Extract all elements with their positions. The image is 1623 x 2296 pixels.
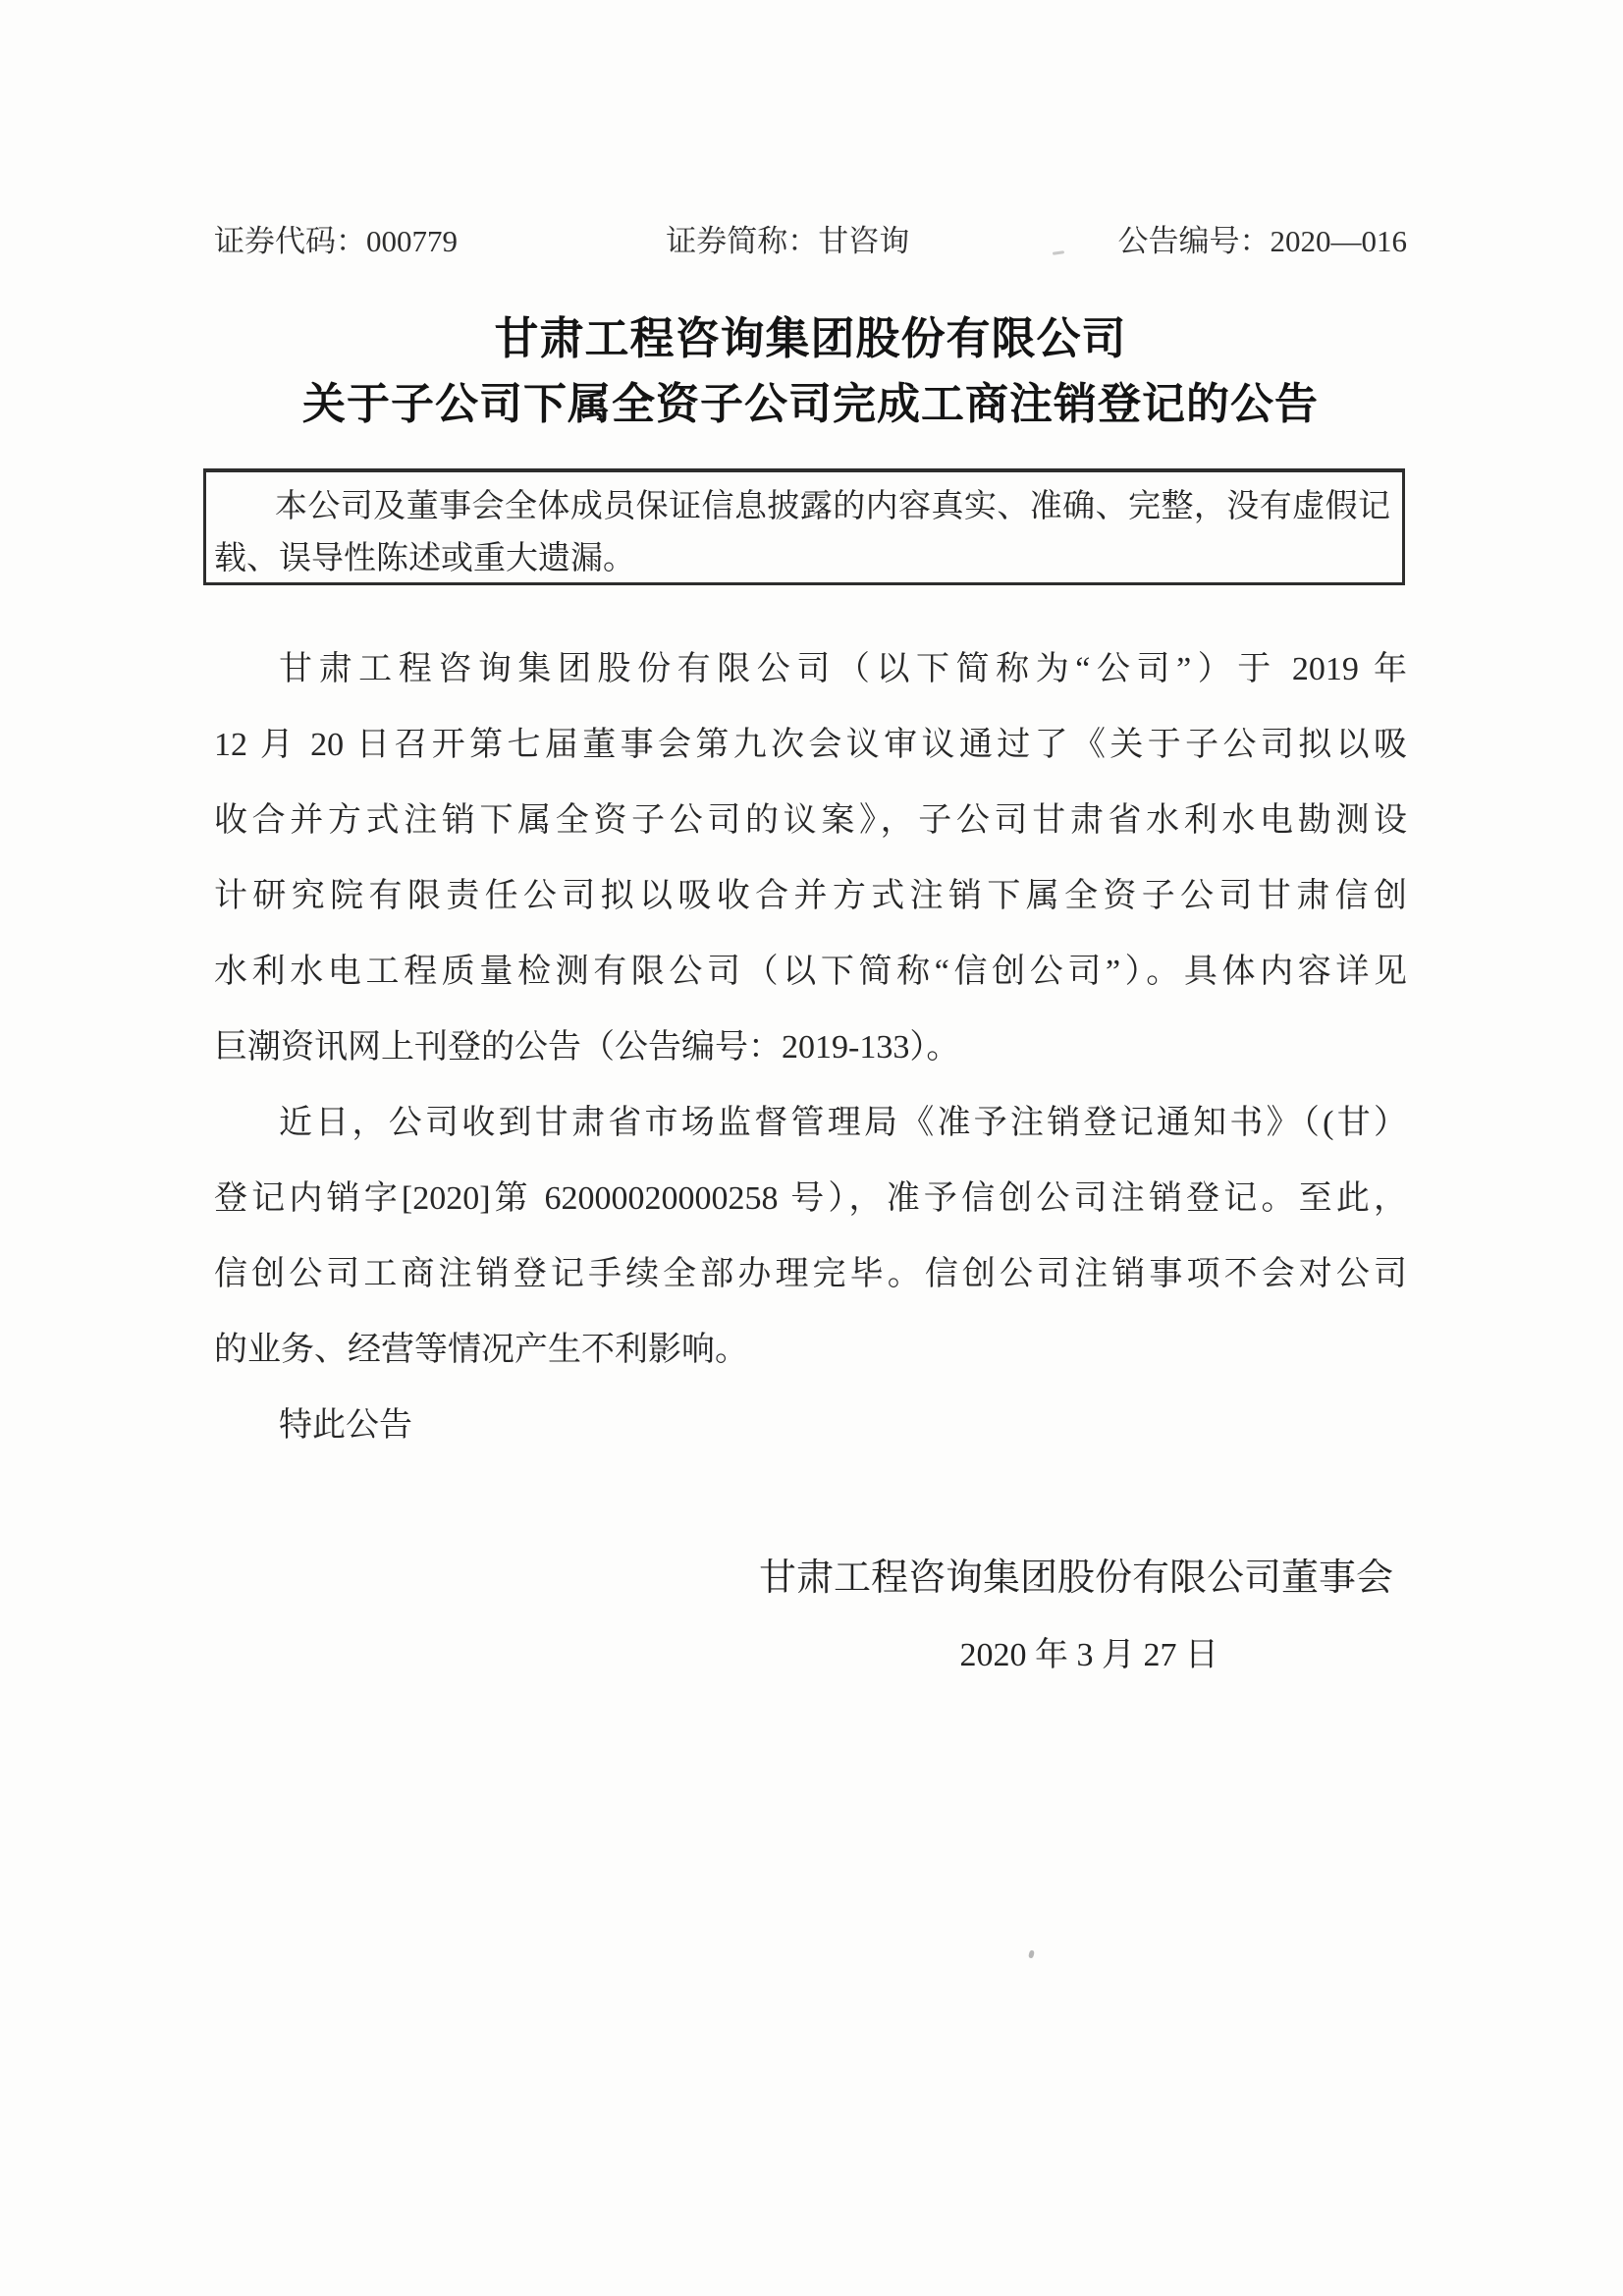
document-body: 甘肃工程咨询集团股份有限公司（以下简称为“公司”）于 2019 年 12 月 2… <box>214 631 1407 1463</box>
document-header-row: 证券代码：000779 证券简称：甘咨询 公告编号：2020—016 <box>214 224 1407 259</box>
body-line: 信创公司工商注销登记手续全部办理完毕。信创公司注销事项不会对公司 <box>214 1236 1407 1312</box>
announcement-document-page: 证券代码：000779 证券简称：甘咨询 公告编号：2020—016 甘肃工程咨… <box>0 0 1623 2296</box>
body-line: 近日，公司收到甘肃省市场监督管理局《准予注销登记通知书》（(甘） <box>214 1085 1407 1161</box>
document-subtitle: 关于子公司下属全资子公司完成工商注销登记的公告 <box>214 379 1407 430</box>
disclaimer-line: 本公司及董事会全体成员保证信息披露的内容真实、准确、完整，没有虚假记 <box>214 481 1390 533</box>
announcement-number: 公告编号：2020—016 <box>1118 224 1408 259</box>
body-line: 计研究院有限责任公司拟以吸收合并方式注销下属全资子公司甘肃信创 <box>214 858 1407 934</box>
disclaimer-line: 载、误导性陈述或重大遗漏。 <box>214 533 1390 585</box>
stock-code: 证券代码：000779 <box>214 224 458 259</box>
body-line: 登记内销字[2020]第 62000020000258 号），准予信创公司注销登… <box>214 1161 1407 1236</box>
document-title: 甘肃工程咨询集团股份有限公司 <box>214 314 1407 363</box>
body-line: 水利水电工程质量检测有限公司（以下简称“信创公司”）。具体内容详见 <box>214 934 1407 1010</box>
scan-artifact <box>1028 1950 1035 1959</box>
body-line-closing: 特此公告 <box>214 1388 1407 1463</box>
signature-date: 2020 年 3 月 27 日 <box>214 1634 1407 1677</box>
body-line: 的业务、经营等情况产生不利影响。 <box>214 1312 1407 1388</box>
signature-company: 甘肃工程咨询集团股份有限公司董事会 <box>214 1555 1407 1602</box>
body-line: 收合并方式注销下属全资子公司的议案》，子公司甘肃省水利水电勘测设 <box>214 783 1407 858</box>
body-line: 甘肃工程咨询集团股份有限公司（以下简称为“公司”）于 2019 年 <box>214 631 1407 707</box>
disclaimer-box: 本公司及董事会全体成员保证信息披露的内容真实、准确、完整，没有虚假记 载、误导性… <box>203 468 1405 585</box>
body-line: 12 月 20 日召开第七届董事会第九次会议审议通过了《关于子公司拟以吸 <box>214 707 1407 783</box>
body-line: 巨潮资讯网上刊登的公告（公告编号：2019-133）。 <box>214 1010 1407 1085</box>
stock-short-name: 证券简称：甘咨询 <box>666 224 909 259</box>
